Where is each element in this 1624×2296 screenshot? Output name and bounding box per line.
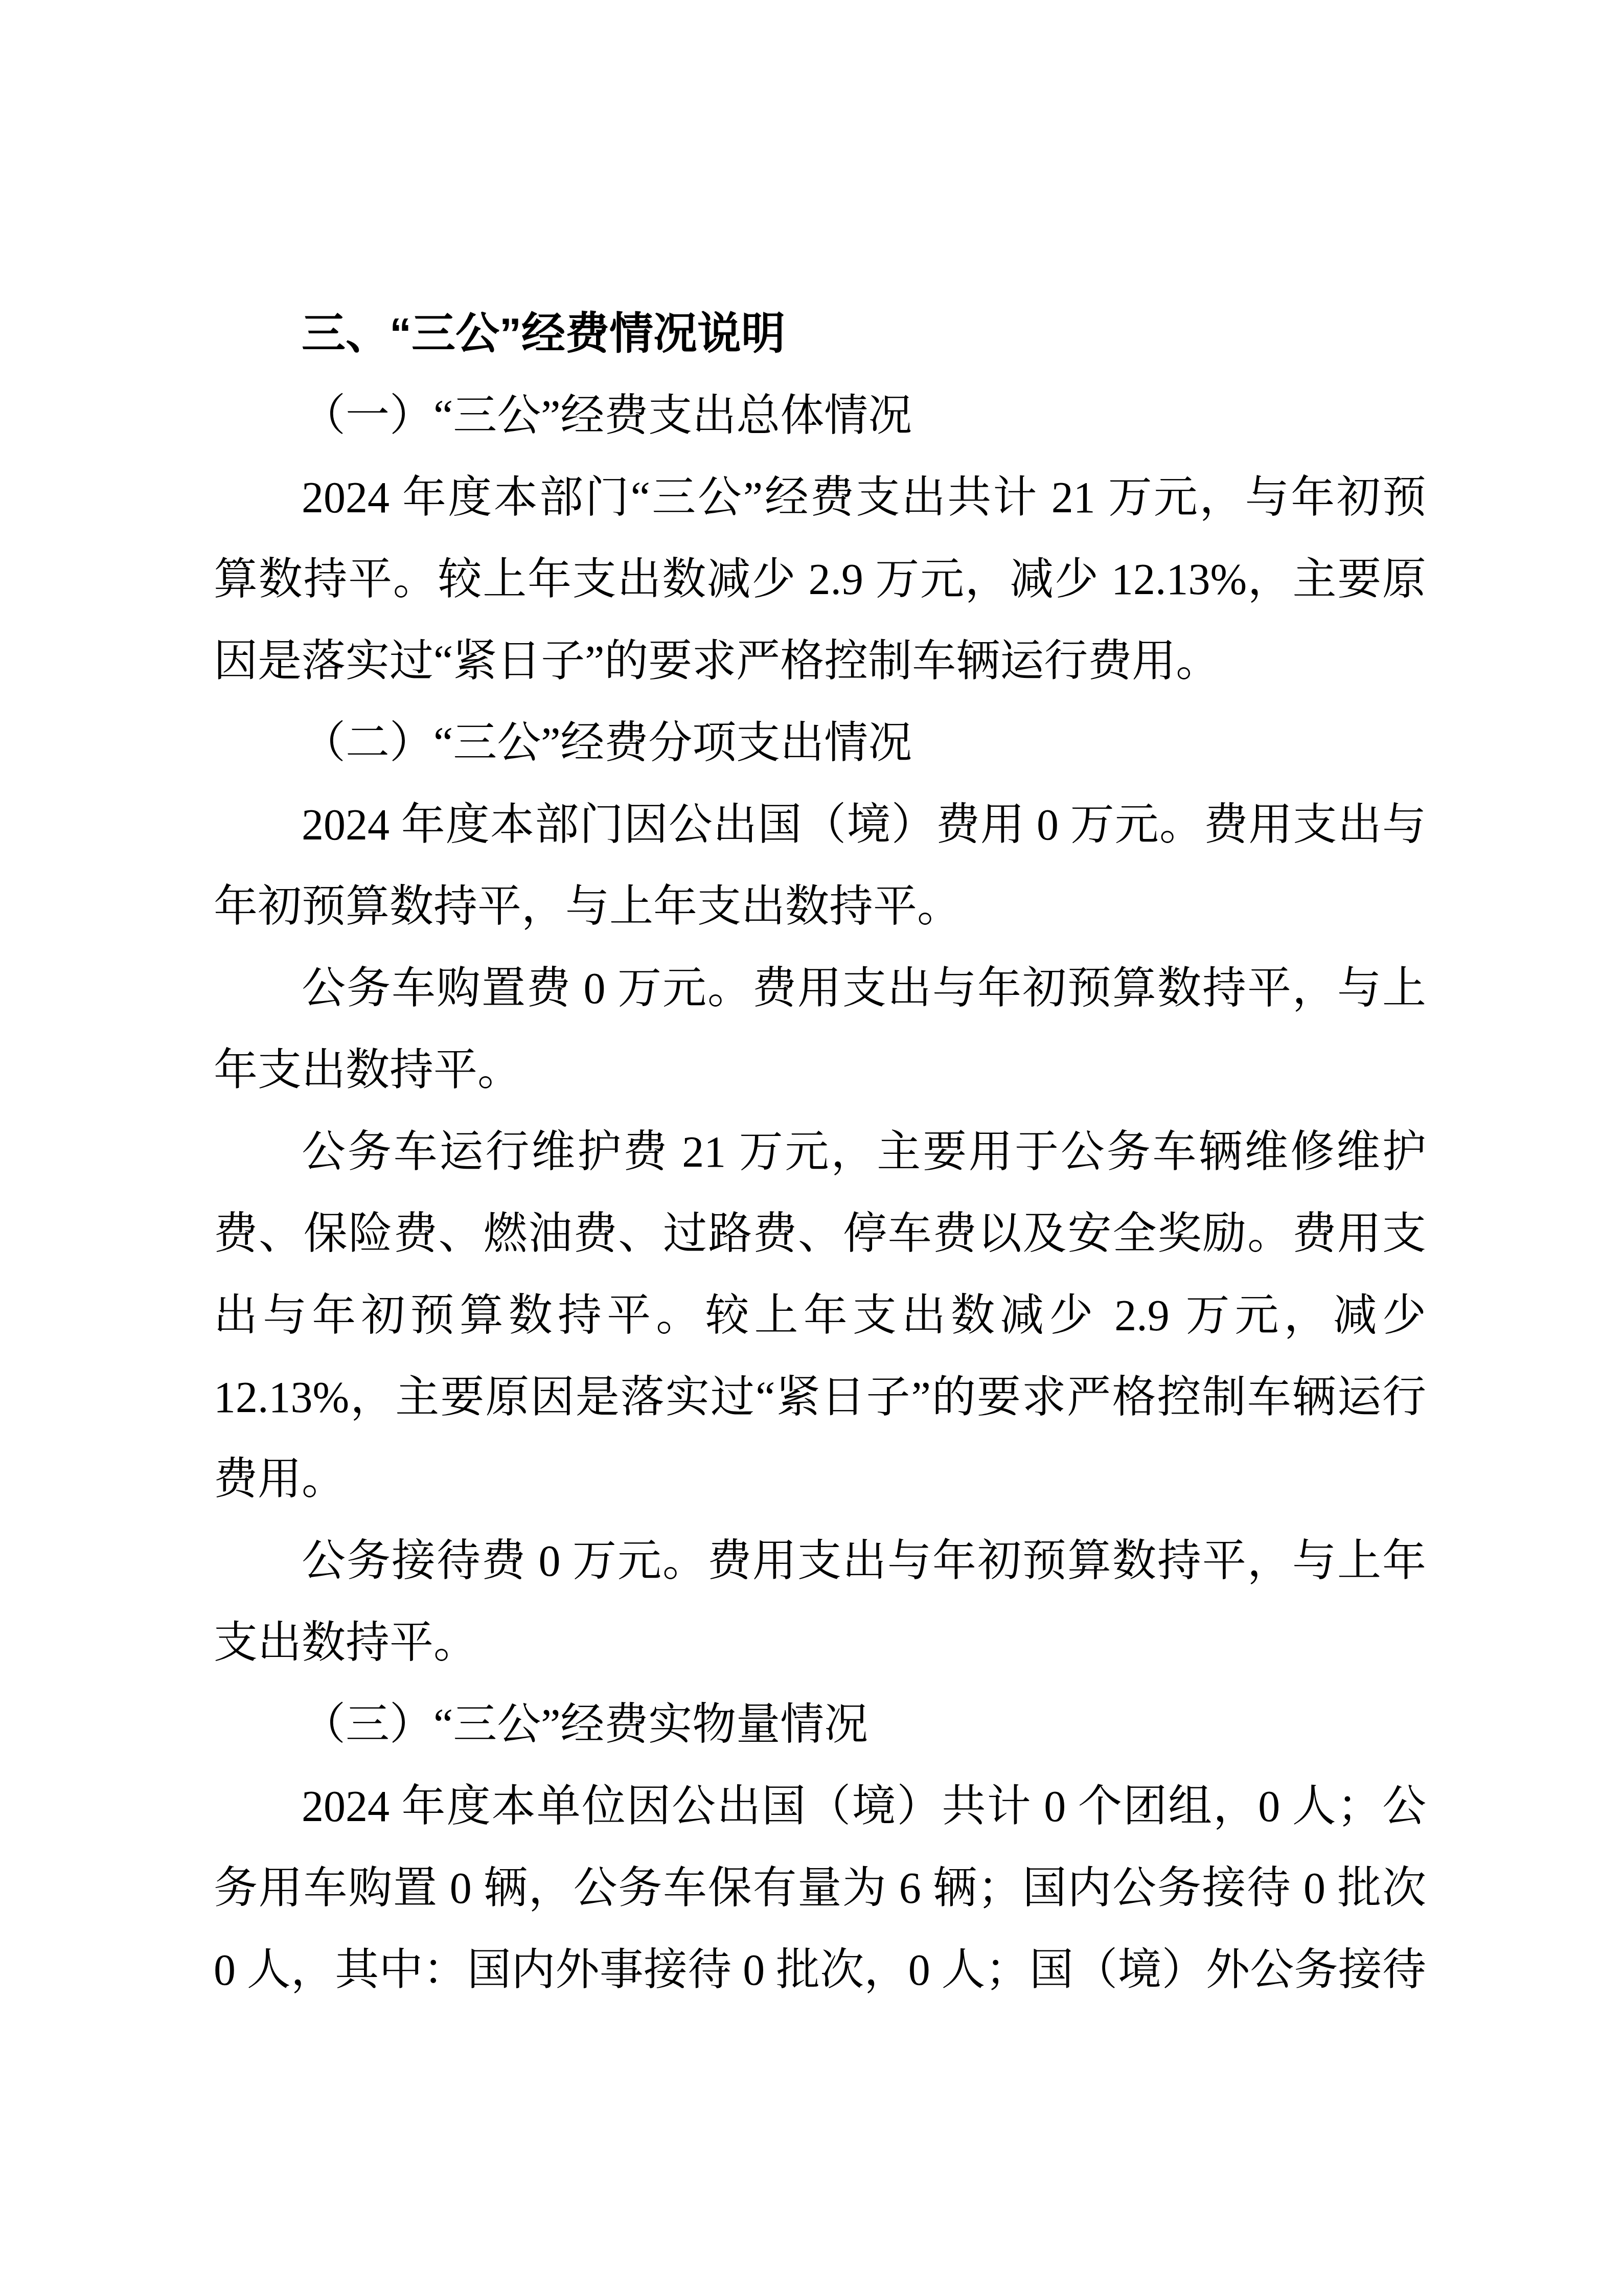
subsection-heading-3: （三）“三公”经费实物量情况 [214, 1684, 1426, 1765]
subsection-heading-2: （二）“三公”经费分项支出情况 [214, 702, 1426, 784]
body-paragraph-vehicle-purchase: 公务车购置费 0 万元。费用支出与年初预算数持平，与上年支出数持平。 [214, 947, 1426, 1111]
document-page: 三、“三公”经费情况说明 （一）“三公”经费支出总体情况 2024 年度本部门“… [0, 0, 1624, 2296]
body-paragraph-overall-spending: 2024 年度本部门“三公”经费支出共计 21 万元，与年初预算数持平。较上年支… [214, 457, 1426, 702]
body-paragraph-physical-quantities: 2024 年度本单位因公出国（境）共计 0 个团组，0 人；公务用车购置 0 辆… [214, 1765, 1426, 2011]
body-paragraph-vehicle-operation: 公务车运行维护费 21 万元，主要用于公务车辆维修维护费、保险费、燃油费、过路费… [214, 1111, 1426, 1520]
body-paragraph-reception-expense: 公务接待费 0 万元。费用支出与年初预算数持平，与上年支出数持平。 [214, 1520, 1426, 1684]
document-content: 三、“三公”经费情况说明 （一）“三公”经费支出总体情况 2024 年度本部门“… [214, 293, 1426, 2011]
body-paragraph-abroad-expense: 2024 年度本部门因公出国（境）费用 0 万元。费用支出与年初预算数持平，与上… [214, 784, 1426, 947]
section-heading: 三、“三公”经费情况说明 [214, 293, 1426, 375]
subsection-heading-1: （一）“三公”经费支出总体情况 [214, 375, 1426, 457]
